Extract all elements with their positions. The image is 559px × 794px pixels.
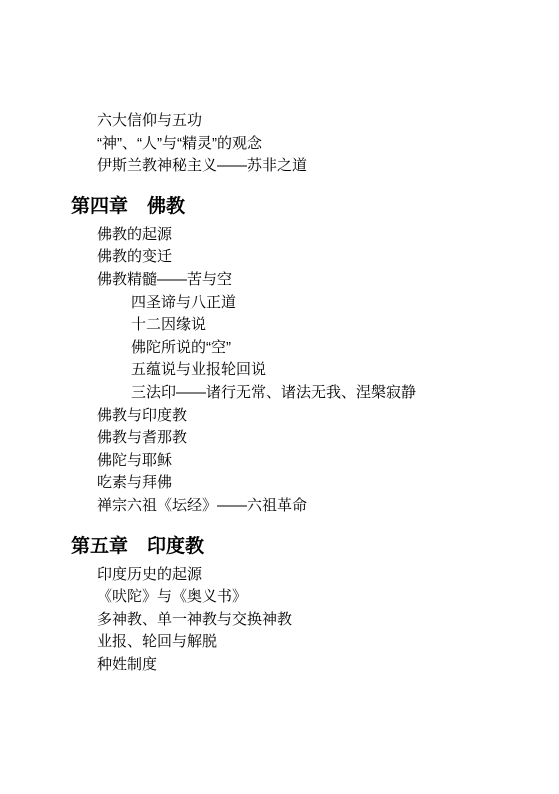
toc-item: 吃素与拜佛 [0, 472, 559, 495]
toc-item: 佛教精髓——苦与空 [0, 269, 559, 292]
toc-item: 《吠陀》与《奥义书》 [0, 586, 559, 609]
toc-item: 三法印——诸行无常、诸法无我、涅槃寂静 [0, 382, 559, 405]
chapter-5-heading: 第五章 印度教 [71, 534, 559, 560]
toc-item: 佛教的起源 [0, 224, 559, 247]
toc-item: 佛陀所说的“空” [0, 337, 559, 360]
toc-item: 种姓制度 [0, 654, 559, 677]
toc-section-intro: 六大信仰与五功 “神”、“人”与“精灵”的观念 伊斯兰教神秘主义——苏非之道 [0, 110, 559, 178]
toc-section-chapter-4: 佛教的起源 佛教的变迁 佛教精髓——苦与空 四圣谛与八正道 十二因缘说 佛陀所说… [0, 224, 559, 518]
toc-item: 伊斯兰教神秘主义——苏非之道 [0, 155, 559, 178]
toc-item: 印度历史的起源 [0, 564, 559, 587]
toc-item: 佛教与耆那教 [0, 427, 559, 450]
toc-item: 十二因缘说 [0, 314, 559, 337]
toc-item: 禅宗六祖《坛经》——六祖革命 [0, 495, 559, 518]
toc-item: 业报、轮回与解脱 [0, 631, 559, 654]
toc-item: 多神教、单一神教与交换神教 [0, 609, 559, 632]
toc-item: 五蕴说与业报轮回说 [0, 359, 559, 382]
toc-page: 六大信仰与五功 “神”、“人”与“精灵”的观念 伊斯兰教神秘主义——苏非之道 第… [0, 0, 559, 794]
chapter-4-heading: 第四章 佛教 [71, 194, 559, 220]
toc-item: 佛教的变迁 [0, 246, 559, 269]
toc-section-chapter-5: 印度历史的起源 《吠陀》与《奥义书》 多神教、单一神教与交换神教 业报、轮回与解… [0, 564, 559, 677]
toc-item: 佛陀与耶稣 [0, 450, 559, 473]
toc-item: 六大信仰与五功 [0, 110, 559, 133]
toc-item: 佛教与印度教 [0, 405, 559, 428]
toc-item: 四圣谛与八正道 [0, 292, 559, 315]
toc-item: “神”、“人”与“精灵”的观念 [0, 133, 559, 156]
